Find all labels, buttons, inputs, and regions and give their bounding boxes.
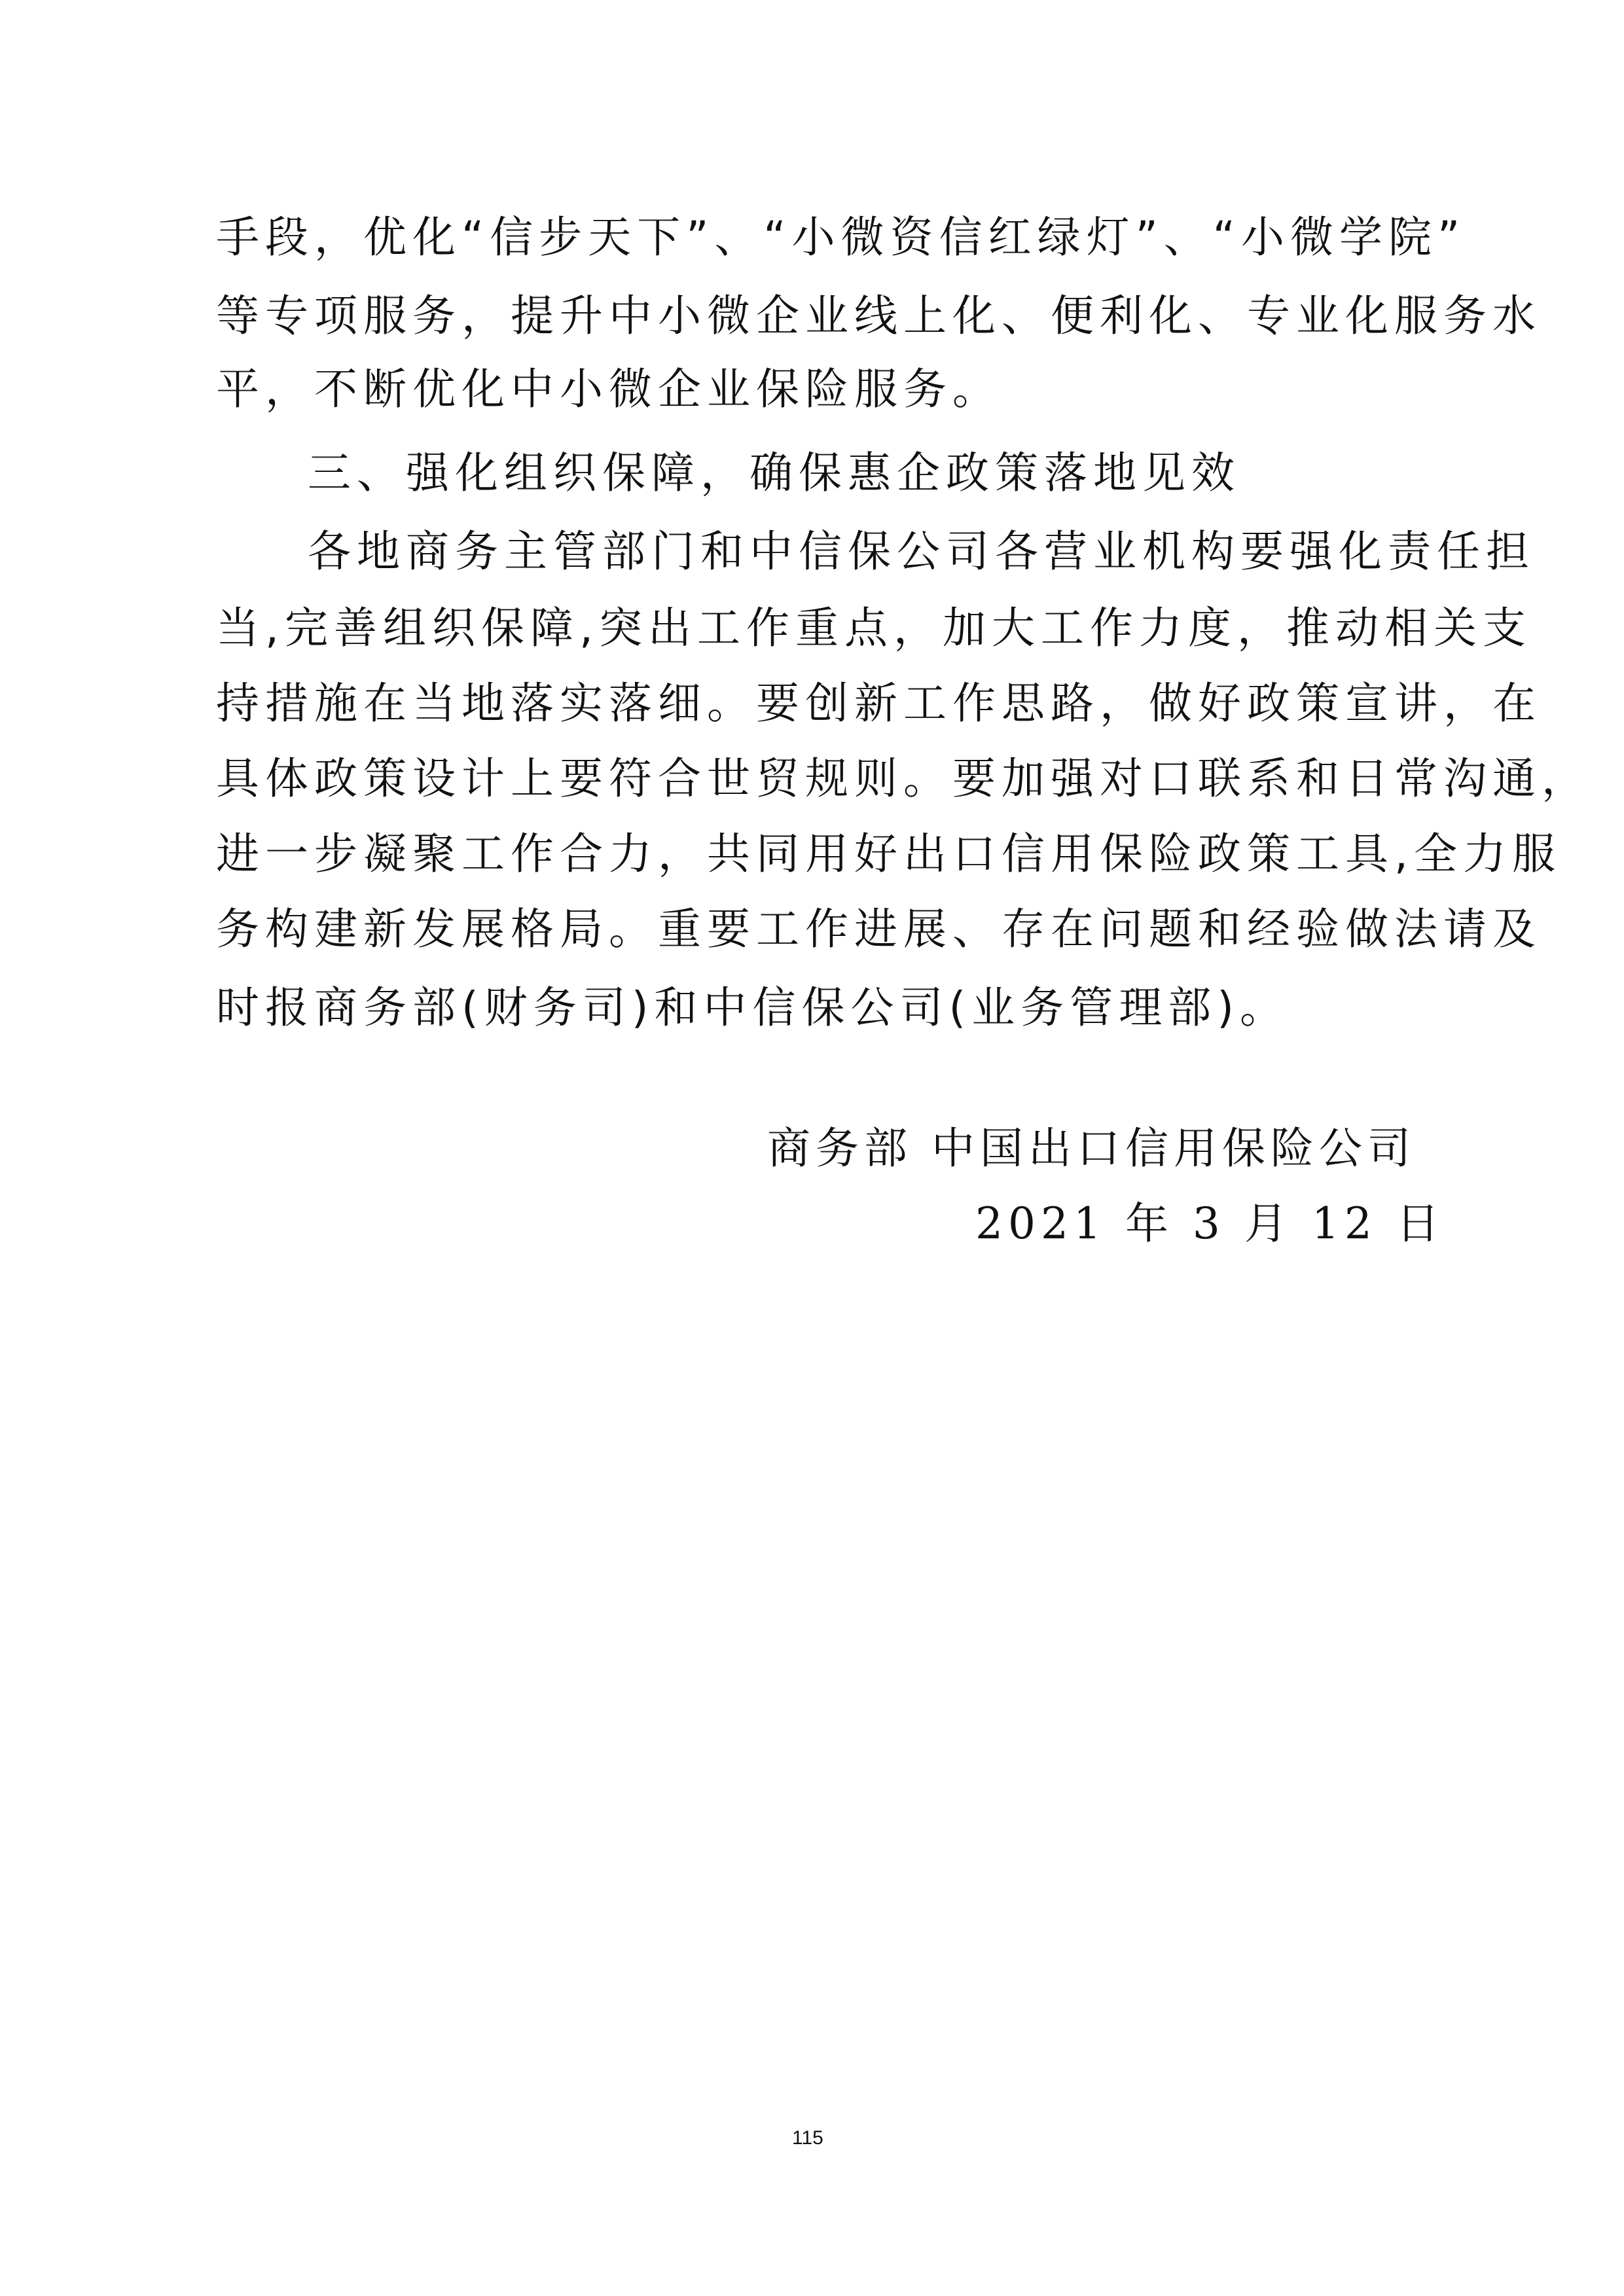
page-number: 115: [792, 2127, 823, 2149]
section-heading: 三、强化组织保障，确保惠企政策落地见效: [308, 447, 1240, 499]
signature-date: 2021 年 3 月 12 日: [975, 1198, 1445, 1250]
body-text-line: 平，不断优化中小微企业保险服务。: [216, 363, 1414, 416]
body-text-line: 持措施在当地落实落细。要创新工作思路，做好政策宣讲，在: [216, 677, 1414, 730]
body-text-line: 手段，优化“信步天下”、“小微资信红绿灯”、“小微学院”: [216, 211, 1414, 264]
document-page: 手段，优化“信步天下”、“小微资信红绿灯”、“小微学院” 等专项服务，提升中小微…: [0, 0, 1624, 2296]
body-text-line: 等专项服务，提升中小微企业线上化、便利化、专业化服务水: [216, 290, 1414, 342]
body-text-line: 当,完善组织保障,突出工作重点，加大工作力度，推动相关支: [216, 602, 1414, 655]
signature-issuers: 商务部 中国出口信用保险公司: [767, 1122, 1416, 1175]
body-text-line: 各地商务主管部门和中信保公司各营业机构要强化责任担: [308, 526, 1414, 578]
body-text-line: 务构建新发展格局。重要工作进展、存在问题和经验做法请及: [216, 903, 1414, 956]
body-text-line: 时报商务部(财务司)和中信保公司(业务管理部)。: [216, 982, 1414, 1034]
body-text-line: 进一步凝聚工作合力，共同用好出口信用保险政策工具,全力服: [216, 828, 1414, 880]
body-text-line: 具体政策设计上要符合世贸规则。要加强对口联系和日常沟通，: [216, 753, 1414, 805]
